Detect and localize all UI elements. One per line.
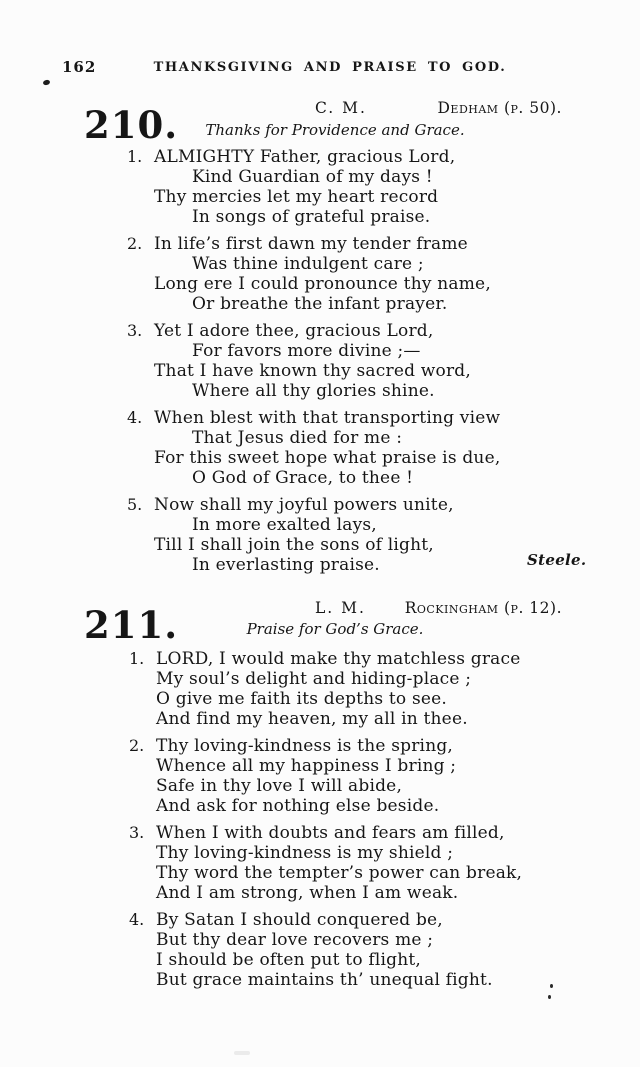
verse-211-4: 4. By Satan I should conquered be, But t… bbox=[156, 910, 586, 990]
verse-number: 5. bbox=[127, 495, 142, 514]
verse-210-3: 3. Yet I adore thee, gracious Lord, For … bbox=[154, 321, 584, 401]
verse-number: 2. bbox=[129, 736, 144, 755]
verse-line: Now shall my joyful powers unite, bbox=[154, 495, 584, 515]
ink-speck bbox=[550, 984, 553, 988]
verse-line: O God of Grace, to thee ! bbox=[154, 468, 584, 488]
verse-line: My soul’s delight and hiding-place ; bbox=[156, 669, 586, 689]
verse-number: 4. bbox=[127, 408, 142, 427]
ink-speck bbox=[42, 79, 50, 86]
verse-211-2: 2. Thy loving-kindness is the spring, Wh… bbox=[156, 736, 586, 816]
verse-line: And I am strong, when I am weak. bbox=[156, 883, 586, 903]
hymn-211-meter: L. M. bbox=[315, 599, 366, 617]
verse-line: I should be often put to flight, bbox=[156, 950, 586, 970]
verse-line: In more exalted lays, bbox=[154, 515, 584, 535]
verse-number: 2. bbox=[127, 234, 142, 253]
verse-210-4: 4. When blest with that transporting vie… bbox=[154, 408, 584, 488]
verse-line: Long ere I could pronounce thy name, bbox=[154, 274, 584, 294]
verse-line: Yet I adore thee, gracious Lord, bbox=[154, 321, 584, 341]
verse-210-1: 1. ALMIGHTY Father, gracious Lord, Kind … bbox=[154, 147, 584, 227]
verse-line: O give me faith its depths to see. bbox=[156, 689, 586, 709]
verse-line: And ask for nothing else beside. bbox=[156, 796, 586, 816]
verse-line: LORD, I would make thy matchless grace bbox=[156, 649, 586, 669]
hymn-211-meter-row: L. M. Rockingham (p. 12). bbox=[0, 599, 640, 619]
running-title: THANKSGIVING AND PRAISE TO GOD. bbox=[110, 60, 550, 75]
verse-line: When blest with that transporting view bbox=[154, 408, 584, 428]
verse-line: Or breathe the infant prayer. bbox=[154, 294, 584, 314]
hymnal-page-scan: 162 THANKSGIVING AND PRAISE TO GOD. 210.… bbox=[0, 0, 640, 1067]
verse-210-5: 5. Now shall my joyful powers unite, In … bbox=[154, 495, 584, 575]
verse-line: Thy loving-kindness is my shield ; bbox=[156, 843, 586, 863]
verse-line: In songs of grateful praise. bbox=[154, 207, 584, 227]
verse-line: Thy mercies let my heart record bbox=[154, 187, 584, 207]
hymn-211-subtitle: Praise for God’s Grace. bbox=[105, 620, 565, 638]
verse-210-2: 2. In life’s first dawn my tender frame … bbox=[154, 234, 584, 314]
verse-line: Till I shall join the sons of light, bbox=[154, 535, 584, 555]
verse-line: But thy dear love recovers me ; bbox=[156, 930, 586, 950]
verse-line: ALMIGHTY Father, gracious Lord, bbox=[154, 147, 584, 167]
verse-number: 1. bbox=[129, 649, 144, 668]
hymn-211-verses: 1. LORD, I would make thy matchless grac… bbox=[156, 649, 586, 997]
verse-line: Whence all my happiness I bring ; bbox=[156, 756, 586, 776]
verse-number: 3. bbox=[129, 823, 144, 842]
hymn-211-tune: Rockingham (p. 12). bbox=[405, 599, 562, 617]
verse-line: For this sweet hope what praise is due, bbox=[154, 448, 584, 468]
verse-211-1: 1. LORD, I would make thy matchless grac… bbox=[156, 649, 586, 729]
verse-line: When I with doubts and fears am filled, bbox=[156, 823, 586, 843]
verse-line: But grace maintains th’ unequal fight. bbox=[156, 970, 586, 990]
verse-line: For favors more divine ;— bbox=[154, 341, 584, 361]
verse-line: Was thine indulgent care ; bbox=[154, 254, 584, 274]
verse-number: 4. bbox=[129, 910, 144, 929]
verse-line: In everlasting praise. bbox=[154, 555, 584, 575]
page-number: 162 bbox=[62, 58, 96, 76]
hymn-210-subtitle: Thanks for Providence and Grace. bbox=[105, 121, 565, 139]
verse-line: That Jesus died for me : bbox=[154, 428, 584, 448]
verse-line: That I have known thy sacred word, bbox=[154, 361, 584, 381]
verse-line: Where all thy glories shine. bbox=[154, 381, 584, 401]
verse-211-3: 3. When I with doubts and fears am fille… bbox=[156, 823, 586, 903]
verse-line: Kind Guardian of my days ! bbox=[154, 167, 584, 187]
verse-line: And find my heaven, my all in thee. bbox=[156, 709, 586, 729]
verse-number: 3. bbox=[127, 321, 142, 340]
hymn-210-meter: C. M. bbox=[315, 99, 367, 117]
verse-line: By Satan I should conquered be, bbox=[156, 910, 586, 930]
verse-line: Thy loving-kindness is the spring, bbox=[156, 736, 586, 756]
hymn-210-tune: Dedham (p. 50). bbox=[437, 99, 562, 117]
hymn-210-verses: 1. ALMIGHTY Father, gracious Lord, Kind … bbox=[154, 147, 584, 582]
hymn-210-meter-row: C. M. Dedham (p. 50). bbox=[0, 99, 640, 119]
verse-number: 1. bbox=[127, 147, 142, 166]
author-attribution: Steele. bbox=[527, 551, 586, 569]
verse-line: Thy word the tempter’s power can break, bbox=[156, 863, 586, 883]
verse-line: Safe in thy love I will abide, bbox=[156, 776, 586, 796]
verse-line: In life’s first dawn my tender frame bbox=[154, 234, 584, 254]
scan-smudge bbox=[234, 1051, 250, 1055]
